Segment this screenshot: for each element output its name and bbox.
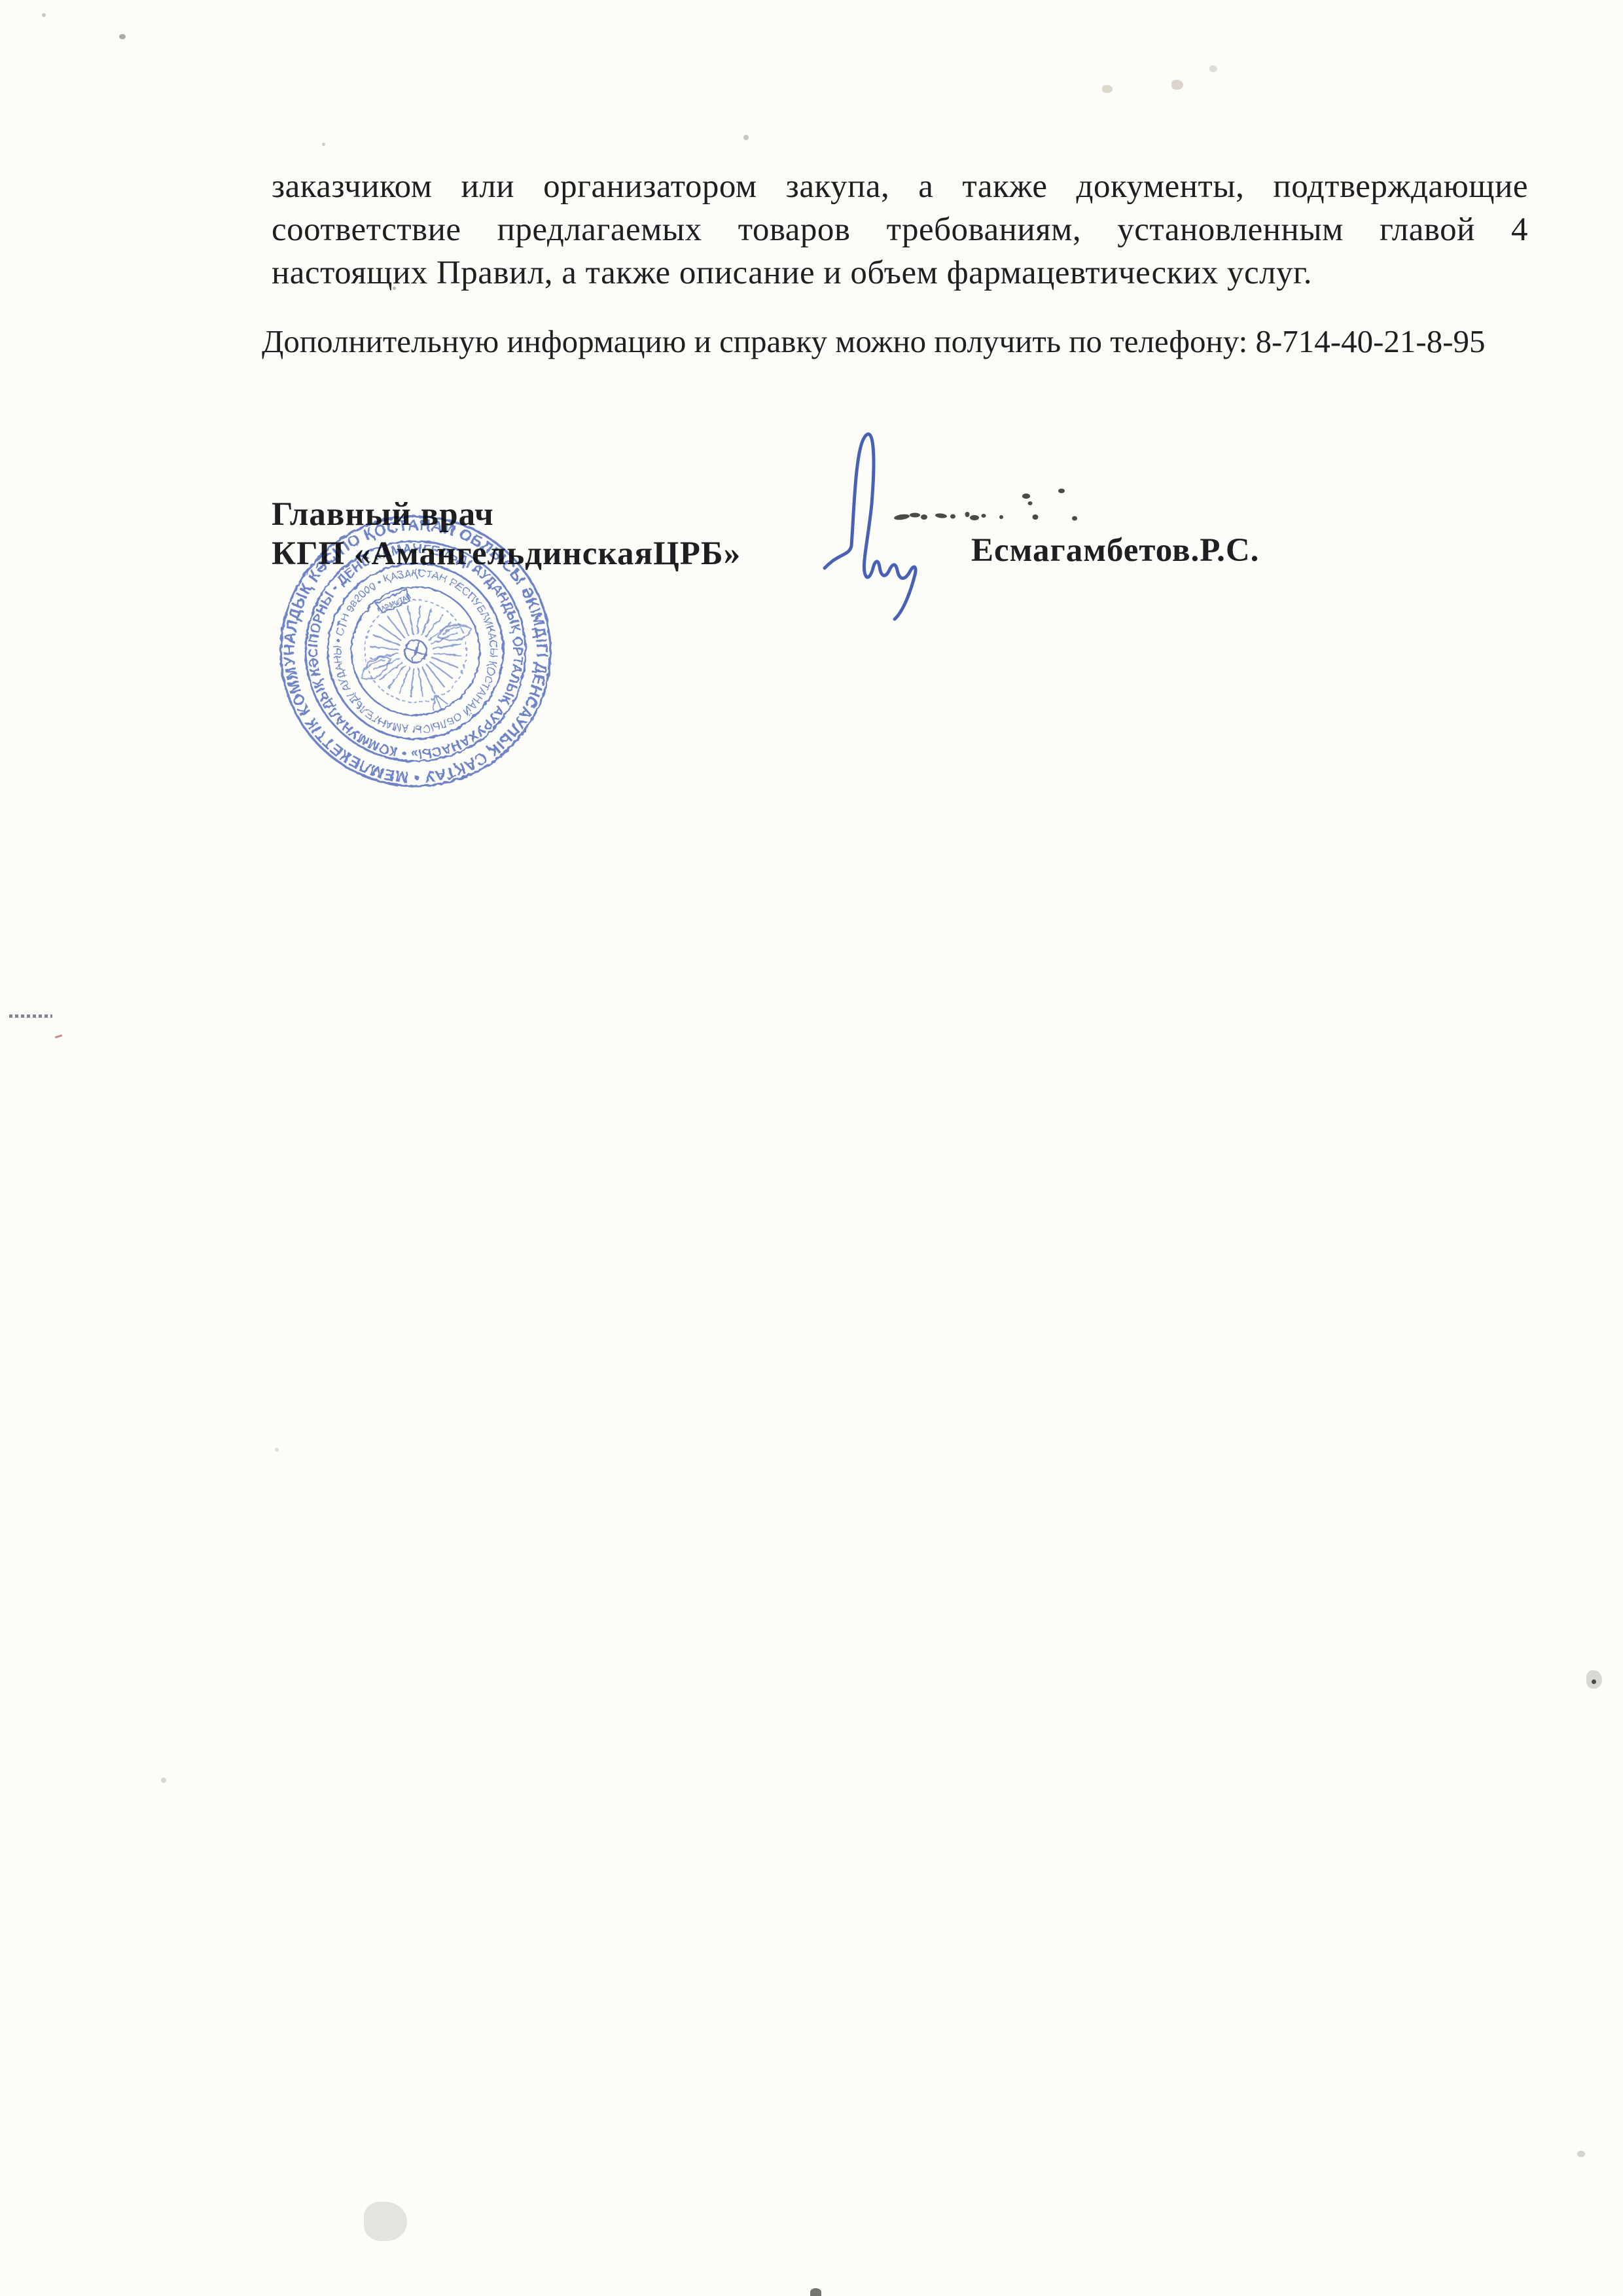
official-stamp: ҚОСТАНАЙ ОБЛЫСЫ ӘКІМДІГІ ДЕНСАУЛЫҚ САҚТА… [252, 488, 579, 815]
scan-smudge [1209, 65, 1217, 72]
scan-smudge [364, 2202, 407, 2241]
scan-speck [42, 13, 46, 17]
scan-speck [1577, 2151, 1585, 2157]
scan-speck [161, 1778, 166, 1783]
paragraph-line: настоящих Правил, а также описание и объ… [272, 251, 1528, 295]
body-paragraph: заказчиком или организатором закупа, а т… [272, 165, 1528, 295]
paragraph-line: заказчиком или организатором закупа, а т… [272, 165, 1528, 208]
ink-smudge-marks [890, 471, 1086, 537]
paragraph-line: соответствие предлагаемых товаров требов… [272, 208, 1528, 251]
scan-speck [322, 143, 325, 146]
scan-speck [1592, 1679, 1596, 1684]
signer-name: Есмагамбетов.Р.С. [971, 531, 1259, 569]
scan-speck [810, 2288, 821, 2296]
scan-speck [275, 1448, 279, 1452]
phone-info-line: Дополнительную информацию и справку можн… [262, 322, 1571, 361]
scan-speck [393, 287, 396, 290]
pen-mark [9, 1014, 52, 1018]
document-page: заказчиком или организатором закупа, а т… [0, 0, 1623, 2296]
pen-mark [55, 1034, 62, 1038]
scan-speck [743, 135, 749, 140]
scan-smudge [1102, 85, 1113, 93]
scan-speck [119, 34, 126, 39]
scan-smudge [1171, 80, 1183, 90]
